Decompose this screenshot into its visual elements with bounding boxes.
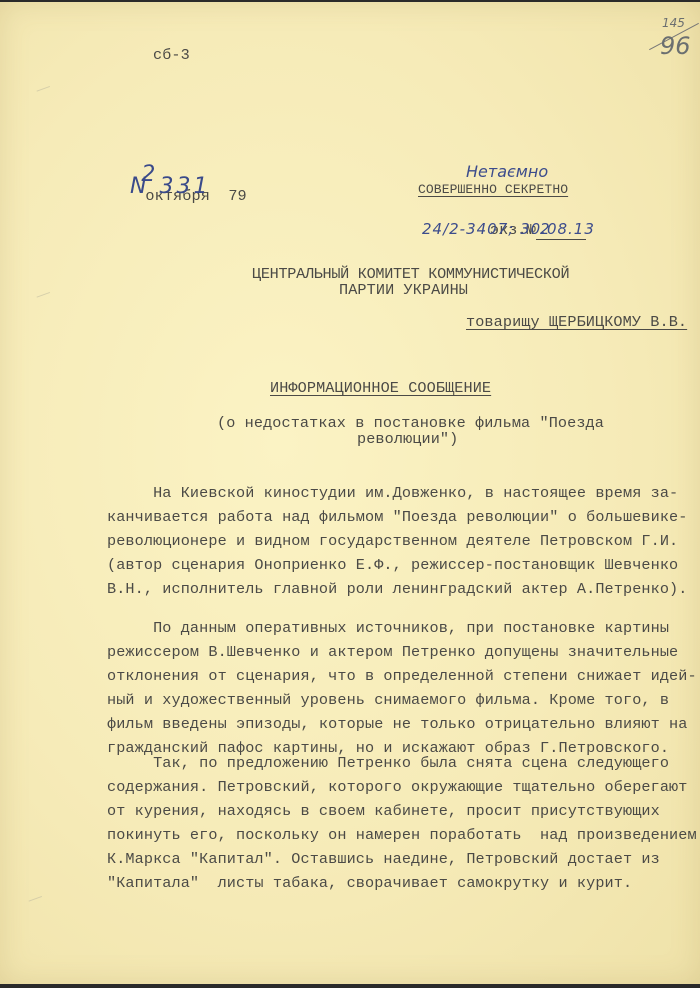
paragraph-line: По данным оперативных источников, при по… (107, 616, 697, 640)
organization-line-2: ПАРТИИ УКРАИНЫ (339, 281, 468, 299)
paragraph-line: покинуть его, поскольку он намерен пораб… (107, 823, 697, 847)
paragraph-line: К.Маркса "Капитал". Оставшись наедине, П… (107, 847, 697, 871)
archive-page-number-bottom: 96 (660, 32, 691, 60)
classification-stamp: СОВЕРШЕННО СЕКРЕТНО (418, 182, 568, 197)
document-number-handwritten: N 331 (130, 174, 210, 199)
paragraph-line: отклонения от сценария, что в определенн… (107, 664, 697, 688)
paragraph-2: По данным оперативных источников, при по… (107, 616, 697, 760)
document-heading: ИНФОРМАЦИОННОЕ СООБЩЕНИЕ (270, 379, 491, 397)
paragraph-line: революционере и видном государственном д… (107, 529, 697, 553)
recipient: товарищу ЩЕРБИЦКОМУ В.В. (466, 313, 687, 331)
paragraph-line: фильм введены эпизоды, которые не только… (107, 712, 697, 736)
declassification-note: 24/2-3407; 30.08.13 (422, 220, 595, 238)
document-subtitle-line-2: революции") (357, 430, 458, 448)
paragraph-line: В.Н., исполнитель главной роли ленинград… (107, 577, 697, 601)
binder-hole-mark (37, 292, 54, 307)
binder-hole-mark (29, 896, 46, 911)
paragraph-line: (автор сценария Оноприенко Е.Ф., режиссе… (107, 553, 697, 577)
document-page: 145 96 сб-3 2 октября 79 N 331 Нетаємно … (0, 2, 700, 984)
paragraph-line: Так, по предложению Петренко была снята … (107, 751, 697, 775)
paragraph-line: На Киевской киностудии им.Довженко, в на… (107, 481, 697, 505)
paragraph-line: режиссером В.Шевченко и актером Петренко… (107, 640, 697, 664)
classification-handwritten-note: Нетаємно (466, 162, 548, 181)
archive-page-number-top: 145 (662, 16, 685, 30)
paragraph-line: от курения, находясь в своем кабинете, п… (107, 799, 697, 823)
paragraph-line: содержания. Петровский, которого окружаю… (107, 775, 697, 799)
paragraph-line: "Капитала" листы табака, сворачивает сам… (107, 871, 697, 895)
paragraph-3: Так, по предложению Петренко была снята … (107, 751, 697, 895)
paragraph-line: ный и художественный уровень снимаемого … (107, 688, 697, 712)
binder-hole-mark (37, 86, 54, 101)
paragraph-line: канчивается работа над фильмом "Поезда р… (107, 505, 697, 529)
paragraph-1: На Киевской киностудии им.Довженко, в на… (107, 481, 697, 601)
document-code: сб-3 (153, 46, 190, 64)
